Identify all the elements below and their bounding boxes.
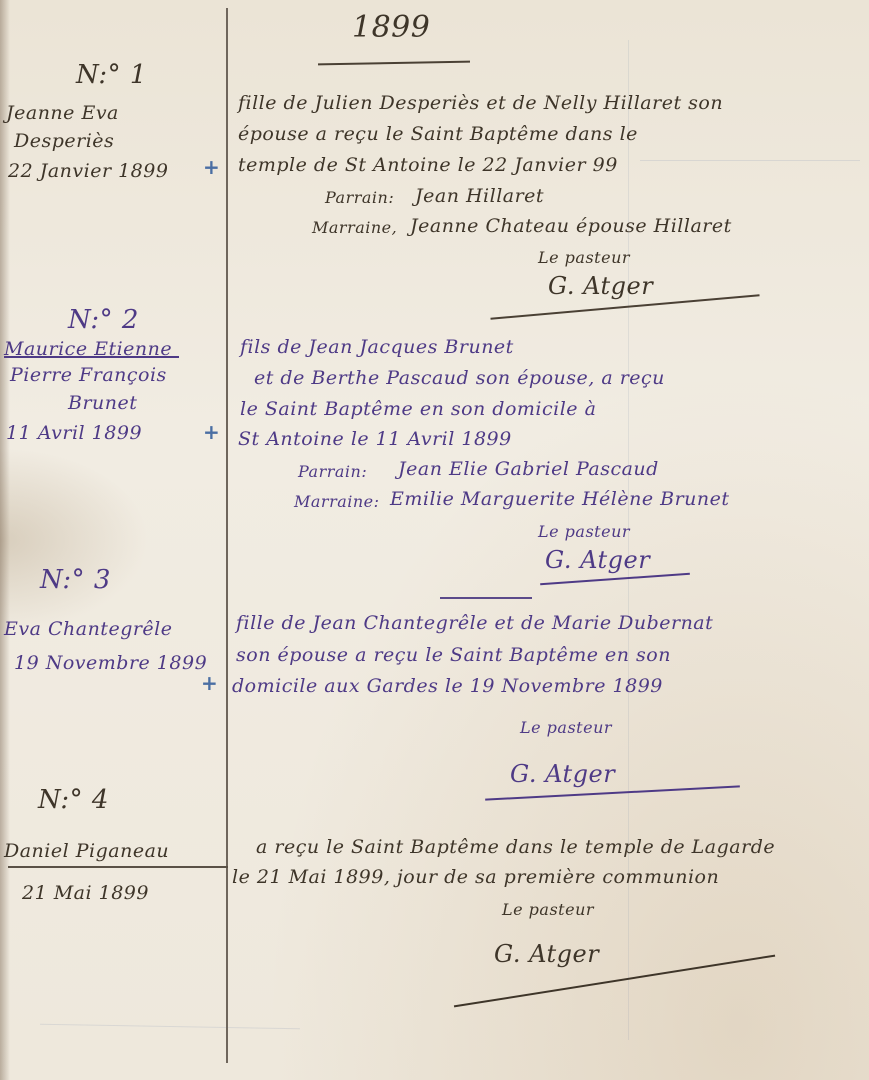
signature-flourish xyxy=(540,573,690,585)
record-line: son épouse a reçu le Saint Baptême en so… xyxy=(236,644,671,666)
cross-mark-icon: + xyxy=(201,671,218,695)
godfather-label: Parrain: xyxy=(298,462,367,481)
child-name-line: Jeanne Eva xyxy=(6,102,119,124)
baptism-date: 22 Janvier 1899 xyxy=(8,160,168,182)
column-divider xyxy=(226,8,228,1063)
godfather-name: Jean Elie Gabriel Pascaud xyxy=(398,458,659,480)
entry-separator xyxy=(440,597,532,599)
record-line: et de Berthe Pascaud son épouse, a reçu xyxy=(254,367,665,389)
record-line: St Antoine le 11 Avril 1899 xyxy=(238,428,512,450)
pastor-label: Le pasteur xyxy=(502,900,594,919)
baptism-date: 11 Avril 1899 xyxy=(6,422,142,444)
bleed-through-line xyxy=(640,160,860,161)
record-line: le 21 Mai 1899, jour de sa première comm… xyxy=(232,866,719,888)
entry-number: N:° 3 xyxy=(40,565,111,595)
pastor-signature: G. Atger xyxy=(494,940,599,968)
record-line: domicile aux Gardes le 19 Novembre 1899 xyxy=(232,675,663,697)
pastor-label: Le pasteur xyxy=(520,718,612,737)
year-heading: 1899 xyxy=(352,10,430,45)
record-line: fille de Julien Desperiès et de Nelly Hi… xyxy=(238,92,723,114)
record-line: fille de Jean Chantegrêle et de Marie Du… xyxy=(236,612,713,634)
entry-number: N:° 1 xyxy=(76,60,147,90)
bleed-through-line xyxy=(40,1024,300,1030)
record-line: le Saint Baptême en son domicile à xyxy=(240,398,596,420)
godmother-name: Jeanne Chateau épouse Hillaret xyxy=(410,215,732,237)
record-line: temple de St Antoine le 22 Janvier 99 xyxy=(238,154,618,176)
name-underline xyxy=(8,866,228,868)
godmother-name: Emilie Marguerite Hélène Brunet xyxy=(390,488,730,510)
record-line: a reçu le Saint Baptême dans le temple d… xyxy=(256,836,775,858)
child-name-line: Pierre François xyxy=(10,364,167,386)
cross-mark-icon: + xyxy=(203,420,220,444)
pastor-signature: G. Atger xyxy=(510,760,615,788)
godmother-label: Marraine, xyxy=(312,218,397,237)
register-page: 1899 N:° 1 Jeanne Eva Desperiès 22 Janvi… xyxy=(0,0,869,1080)
baptism-date: 21 Mai 1899 xyxy=(22,882,149,904)
year-underline xyxy=(318,61,470,65)
name-underline xyxy=(4,356,179,358)
child-name-line: Brunet xyxy=(68,392,137,414)
cross-mark-icon: + xyxy=(203,155,220,179)
child-name-line: Daniel Piganeau xyxy=(4,840,169,862)
record-line: fils de Jean Jacques Brunet xyxy=(240,336,514,358)
pastor-signature: G. Atger xyxy=(545,546,650,574)
pastor-label: Le pasteur xyxy=(538,248,630,267)
child-name-line: Eva Chantegrêle xyxy=(4,618,173,640)
godmother-label: Marraine: xyxy=(294,492,380,511)
pastor-signature: G. Atger xyxy=(548,272,653,300)
godfather-label: Parrain: xyxy=(325,188,394,207)
baptism-date: 19 Novembre 1899 xyxy=(14,652,207,674)
pastor-label: Le pasteur xyxy=(538,522,630,541)
godfather-name: Jean Hillaret xyxy=(415,185,544,207)
record-line: épouse a reçu le Saint Baptême dans le xyxy=(238,123,638,145)
entry-number: N:° 4 xyxy=(38,785,109,815)
child-name-line: Desperiès xyxy=(14,130,114,152)
entry-number: N:° 2 xyxy=(68,305,139,335)
